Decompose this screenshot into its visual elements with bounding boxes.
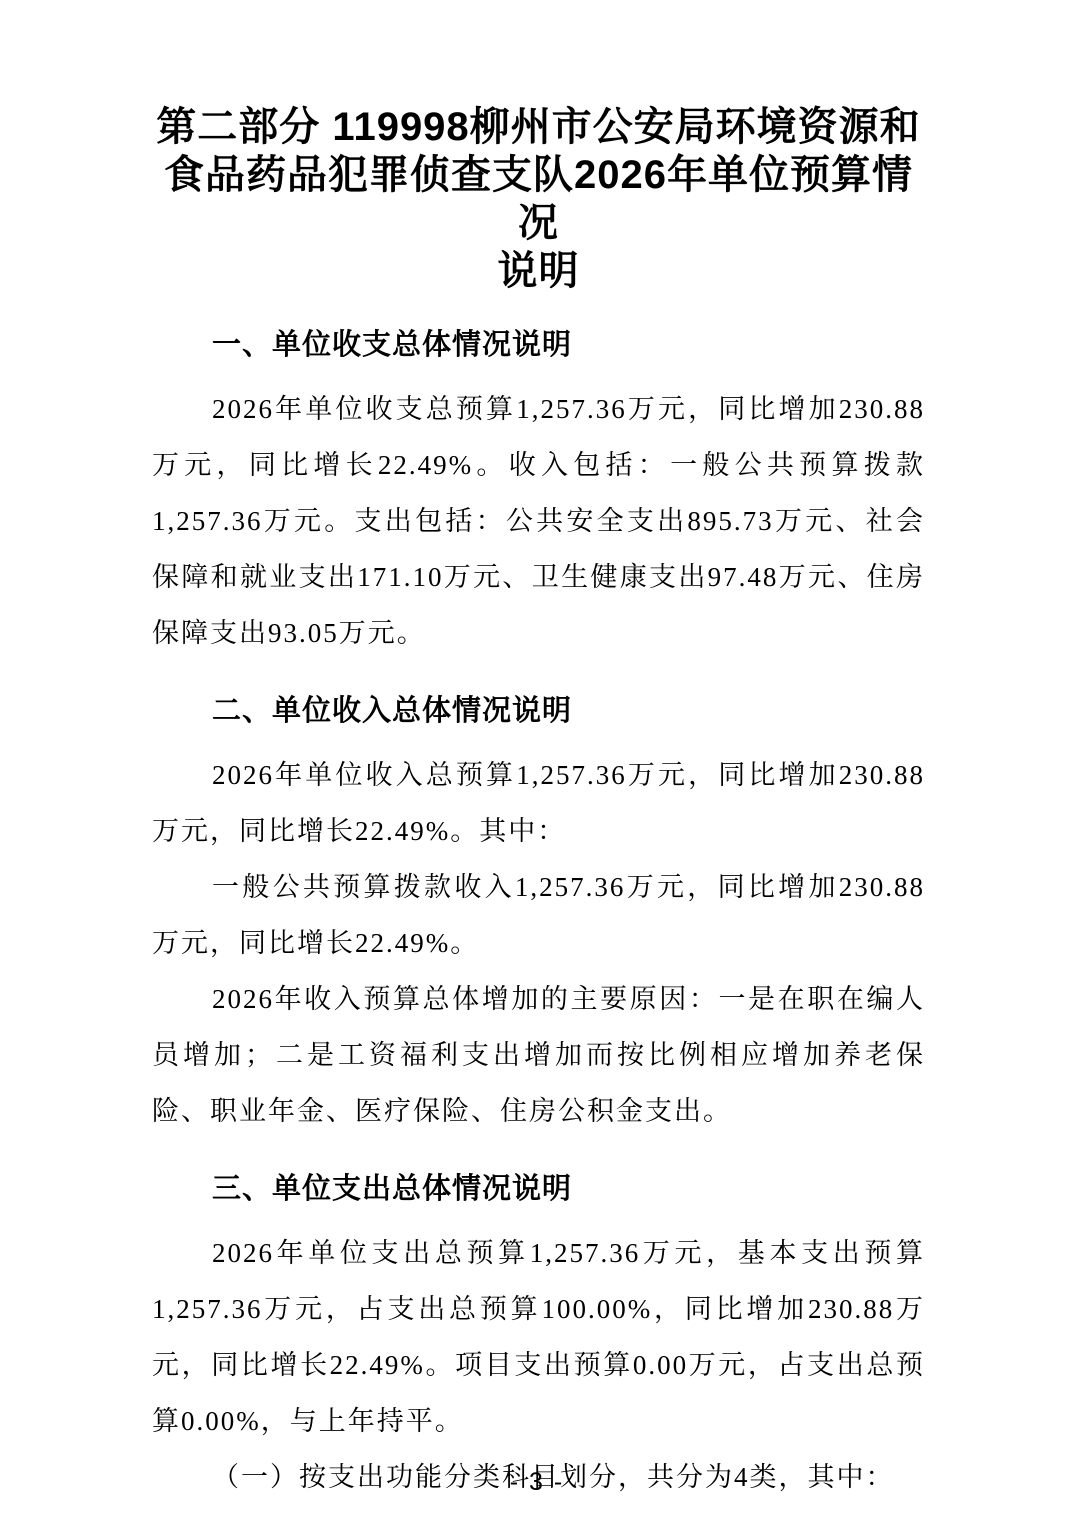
section-heading-2: 二、单位收入总体情况说明 xyxy=(152,695,925,727)
section-heading-3: 三、单位支出总体情况说明 xyxy=(152,1173,925,1205)
section-2-paragraph-3: 2026年收入预算总体增加的主要原因：一是在职在编人员增加；二是工资福利支出增加… xyxy=(152,971,925,1139)
document-title-line-2: 食品药品犯罪侦查支队2026年单位预算情况 xyxy=(152,151,925,247)
section-1-paragraph-1: 2026年单位收支总预算1,257.36万元，同比增加230.88万元，同比增长… xyxy=(152,381,925,661)
section-income-expenditure-overview: 一、单位收支总体情况说明 2026年单位收支总预算1,257.36万元，同比增加… xyxy=(152,329,925,661)
document-title: 第二部分 119998柳州市公安局环境资源和 食品药品犯罪侦查支队2026年单位… xyxy=(152,103,925,295)
section-2-paragraph-1: 2026年单位收入总预算1,257.36万元，同比增加230.88万元，同比增长… xyxy=(152,747,925,859)
section-expenditure-overview: 三、单位支出总体情况说明 2026年单位支出总预算1,257.36万元，基本支出… xyxy=(152,1173,925,1505)
section-3-paragraph-1: 2026年单位支出总预算1,257.36万元，基本支出预算1,257.36万元，… xyxy=(152,1225,925,1449)
document-title-line-3: 说明 xyxy=(152,247,925,295)
document-page: 第二部分 119998柳州市公安局环境资源和 食品药品犯罪侦查支队2026年单位… xyxy=(0,0,1074,1520)
page-number: - 3 - xyxy=(0,1468,1074,1497)
section-income-overview: 二、单位收入总体情况说明 2026年单位收入总预算1,257.36万元，同比增加… xyxy=(152,695,925,1139)
section-2-paragraph-2: 一般公共预算拨款收入1,257.36万元，同比增加230.88万元，同比增长22… xyxy=(152,859,925,971)
document-title-line-1: 第二部分 119998柳州市公安局环境资源和 xyxy=(152,103,925,151)
section-heading-1: 一、单位收支总体情况说明 xyxy=(152,329,925,361)
